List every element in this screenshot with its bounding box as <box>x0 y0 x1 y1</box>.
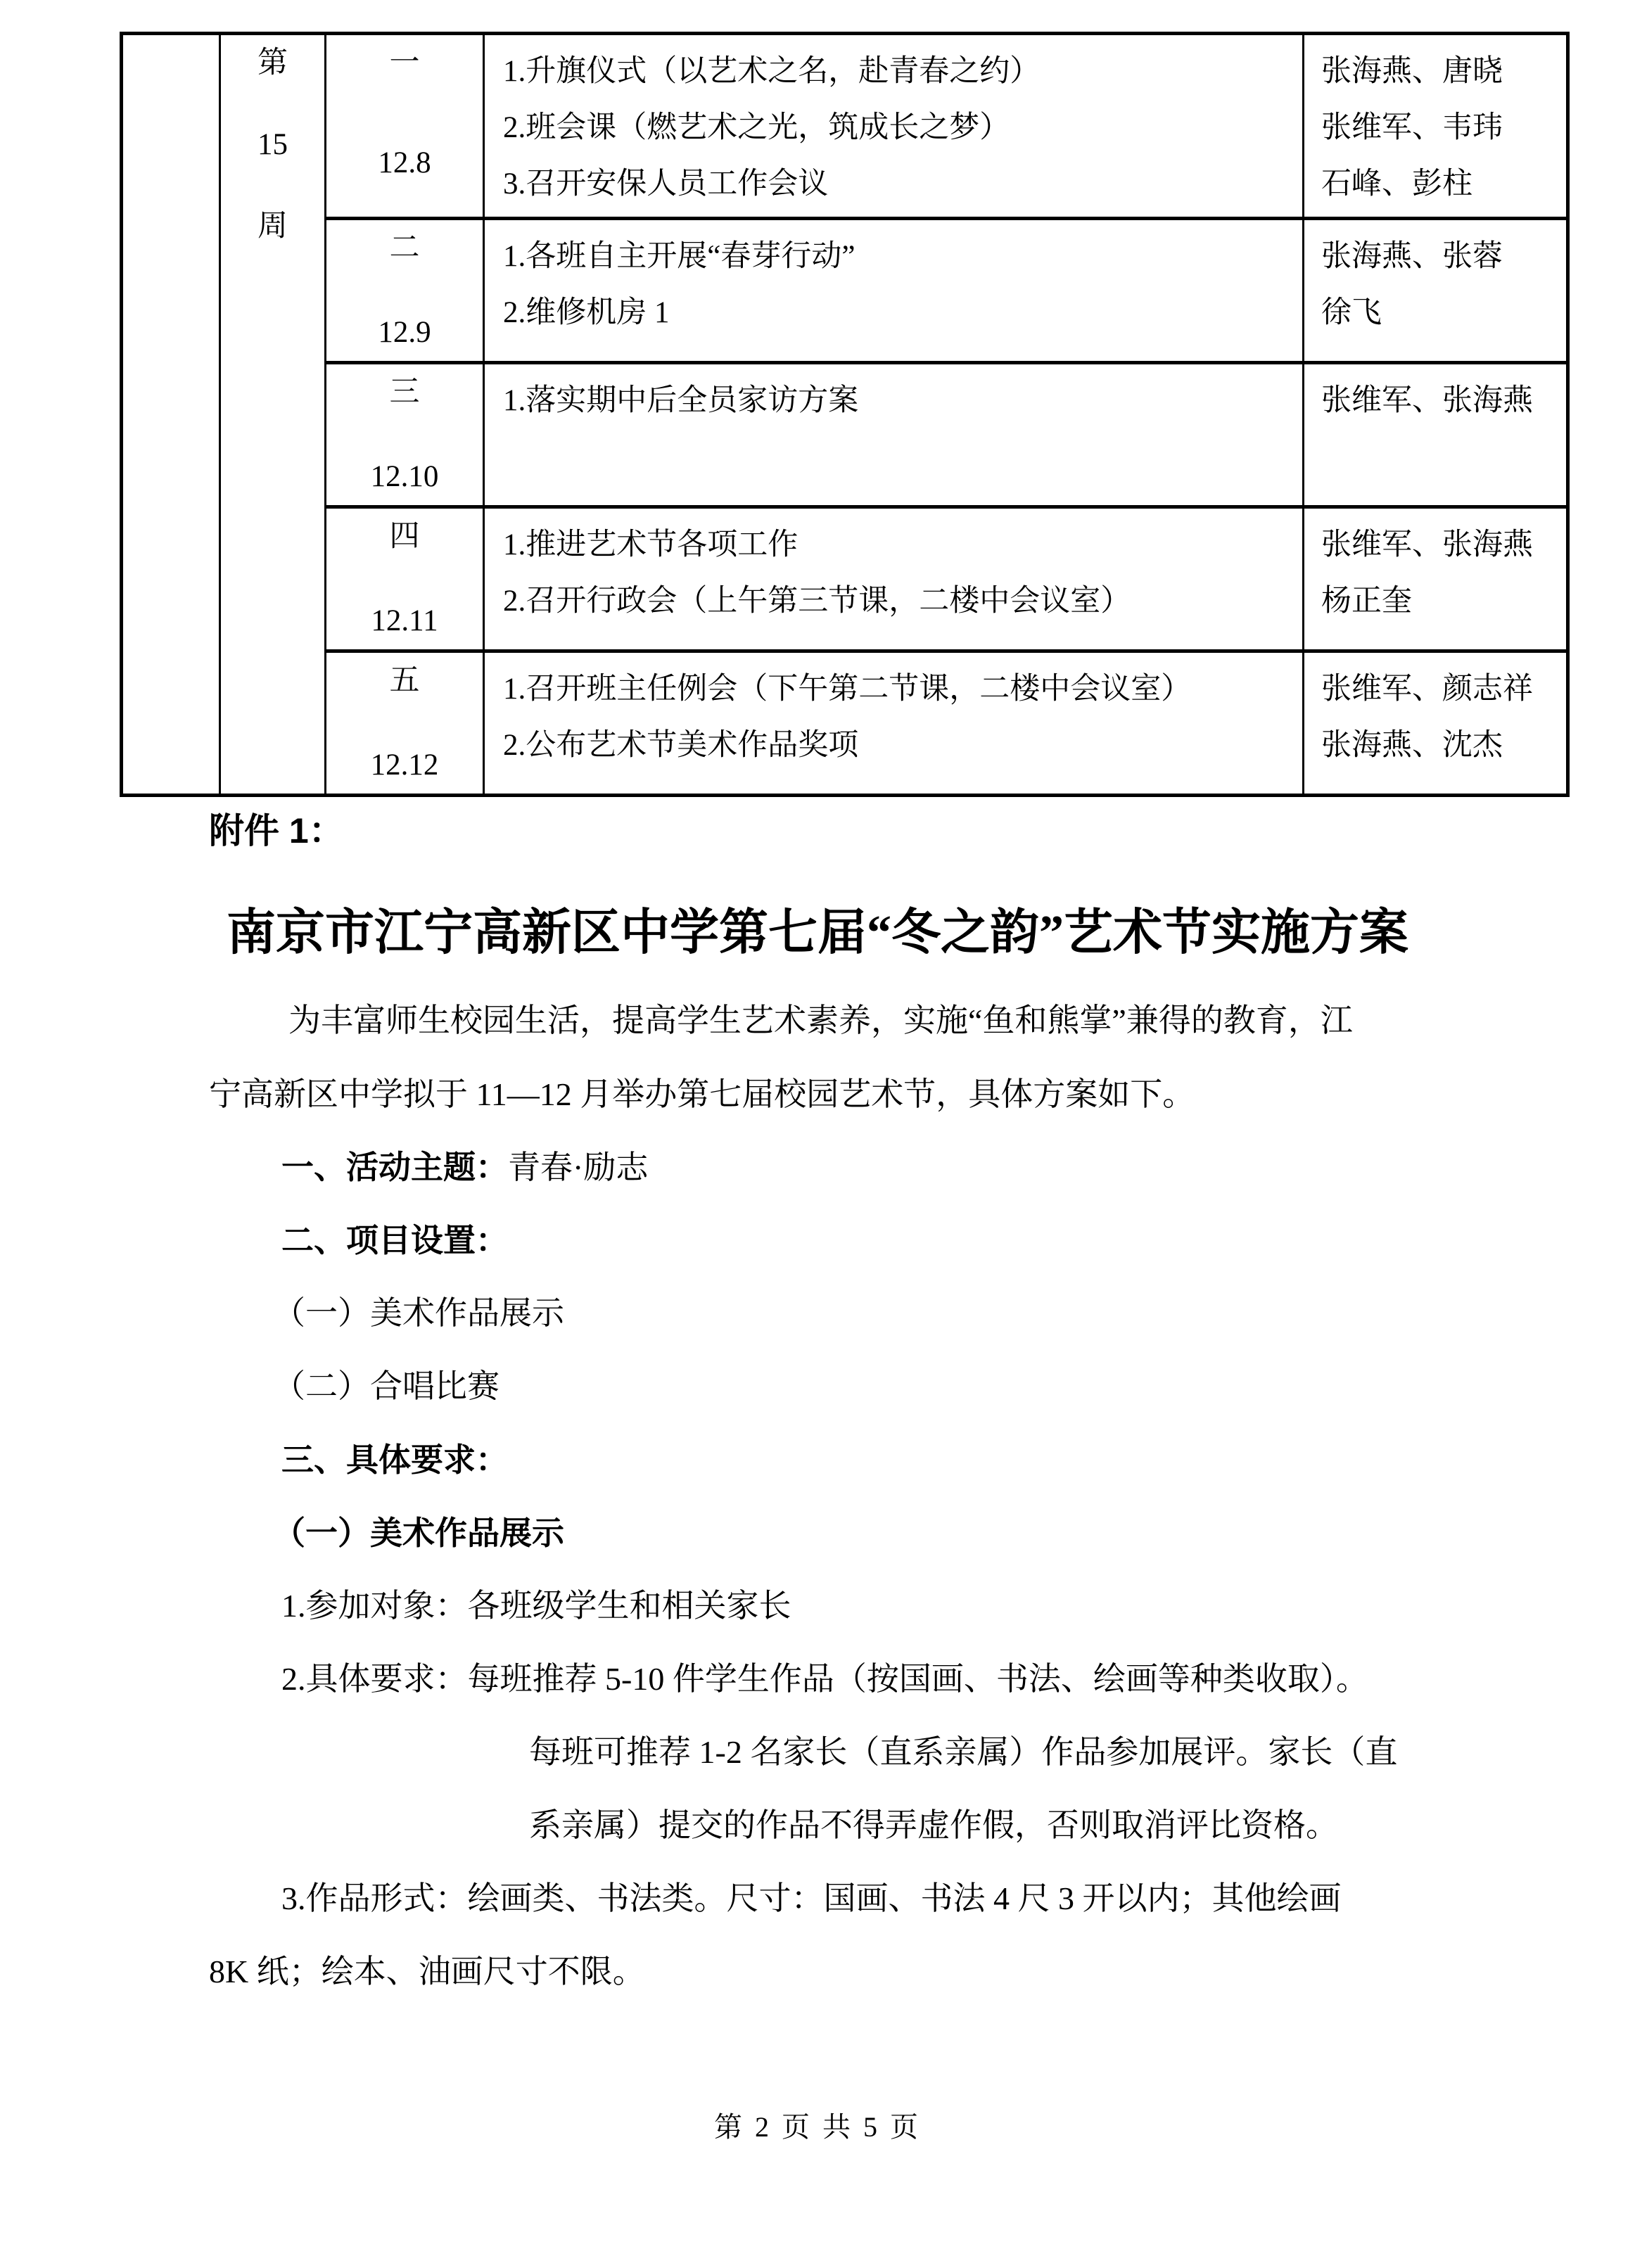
person-names: 张维军、张海燕 <box>1321 373 1560 429</box>
person-names: 张维军、韦玮 <box>1321 100 1560 156</box>
names-cell: 张海燕、唐晓 张维军、韦玮 石峰、彭柱 <box>1304 34 1568 219</box>
empty-left-cell <box>122 34 220 796</box>
table-row: 第 15 周 一 12.8 1.升旗仪式（以艺术之名，赴青春之约） 2.班会课（… <box>122 34 1568 219</box>
tasks-cell: 1.推进艺术节各项工作 2.召开行政会（上午第三节课，二楼中会议室） <box>484 507 1304 651</box>
names-cell: 张维军、张海燕 杨正奎 <box>1304 507 1568 651</box>
names-cell: 张海燕、张蓉 徐飞 <box>1304 219 1568 363</box>
person-names: 杨正奎 <box>1321 573 1560 630</box>
date: 12.8 <box>378 135 431 191</box>
requirement-details-line: 系亲属）提交的作品不得弄虚作假，否则取消评比资格。 <box>529 1805 1338 1846</box>
day-cell: 四 12.11 <box>326 507 484 651</box>
person-names: 张海燕、唐晓 <box>1321 44 1560 100</box>
weekday: 三 <box>390 364 420 421</box>
tasks-cell: 1.召开班主任例会（下午第二节课，二楼中会议室） 2.公布艺术节美术作品奖项 <box>484 651 1304 796</box>
task-item: 1.落实期中后全员家访方案 <box>503 373 1292 429</box>
requirement-format-line: 8K 纸；绘本、油画尺寸不限。 <box>209 1951 645 1992</box>
table-row: 五 12.12 1.召开班主任例会（下午第二节课，二楼中会议室） 2.公布艺术节… <box>122 651 1568 796</box>
day-cell: 一 12.8 <box>326 34 484 219</box>
table-row: 四 12.11 1.推进艺术节各项工作 2.召开行政会（上午第三节课，二楼中会议… <box>122 507 1568 651</box>
weekday: 五 <box>390 653 420 709</box>
names-cell: 张维军、颜志祥 张海燕、沈杰 <box>1304 651 1568 796</box>
person-names: 张海燕、张蓉 <box>1321 229 1560 285</box>
weekday: 一 <box>390 35 420 91</box>
date: 12.9 <box>378 305 431 361</box>
week-label-char: 周 <box>257 198 288 255</box>
week-number: 15 <box>257 117 288 173</box>
person-names: 石峰、彭柱 <box>1321 156 1560 212</box>
requirement-details-line: 2.具体要求：每班推荐 5-10 件学生作品（按国画、书法、绘画等种类收取）。 <box>281 1659 1368 1700</box>
day-cell: 五 12.12 <box>326 651 484 796</box>
task-item: 1.召开班主任例会（下午第二节课，二楼中会议室） <box>503 661 1292 718</box>
document-title: 南京市江宁高新区中学第七届“冬之韵”艺术节实施方案 <box>0 904 1635 963</box>
project-item-art-show: （一）美术作品展示 <box>273 1293 564 1334</box>
section-project-setup: 二、项目设置： <box>281 1220 508 1261</box>
weekly-schedule-table: 第 15 周 一 12.8 1.升旗仪式（以艺术之名，赴青春之约） 2.班会课（… <box>120 32 1570 797</box>
weekday: 二 <box>390 220 420 276</box>
names-cell: 张维军、张海燕 <box>1304 363 1568 507</box>
section-activity-theme: 一、活动主题：青春·励志 <box>281 1147 648 1188</box>
document-page: 第 15 周 一 12.8 1.升旗仪式（以艺术之名，赴青春之约） 2.班会课（… <box>0 0 1635 2268</box>
person-names: 张维军、颜志祥 <box>1321 661 1560 718</box>
task-item: 2.维修机房 1 <box>503 285 1292 341</box>
task-item: 2.公布艺术节美术作品奖项 <box>503 718 1292 774</box>
person-names: 张海燕、沈杰 <box>1321 718 1560 774</box>
date: 12.12 <box>371 737 439 794</box>
attachment-label: 附件 1： <box>209 809 344 853</box>
tasks-cell: 1.升旗仪式（以艺术之名，赴青春之约） 2.班会课（燃艺术之光，筑成长之梦） 3… <box>484 34 1304 219</box>
intro-paragraph-line: 宁高新区中学拟于 11—12 月举办第七届校园艺术节，具体方案如下。 <box>209 1074 1195 1115</box>
requirement-participants: 1.参加对象：各班级学生和相关家长 <box>281 1586 791 1626</box>
task-item: 3.召开安保人员工作会议 <box>503 156 1292 212</box>
section-value: 青春·励志 <box>508 1149 648 1185</box>
section-label: 一、活动主题： <box>281 1149 508 1185</box>
page-number-footer: 第 2 页 共 5 页 <box>0 2105 1635 2145</box>
day-cell: 二 12.9 <box>326 219 484 363</box>
person-names: 张维军、张海燕 <box>1321 517 1560 573</box>
week-cell: 第 15 周 <box>220 34 326 796</box>
requirements-art-show-heading: （一）美术作品展示 <box>273 1512 564 1553</box>
person-names: 徐飞 <box>1321 285 1560 341</box>
table-row: 三 12.10 1.落实期中后全员家访方案 张维军、张海燕 <box>122 363 1568 507</box>
intro-paragraph-line: 为丰富师生校园生活，提高学生艺术素养，实施“鱼和熊掌”兼得的教育，江 <box>288 1000 1353 1041</box>
tasks-cell: 1.各班自主开展“春芽行动” 2.维修机房 1 <box>484 219 1304 363</box>
project-item-chorus: （二）合唱比赛 <box>273 1366 500 1407</box>
date: 12.11 <box>371 593 438 649</box>
tasks-cell: 1.落实期中后全员家访方案 <box>484 363 1304 507</box>
task-item: 2.召开行政会（上午第三节课，二楼中会议室） <box>503 573 1292 630</box>
task-item: 1.各班自主开展“春芽行动” <box>503 229 1292 285</box>
task-item: 1.推进艺术节各项工作 <box>503 517 1292 573</box>
task-item: 2.班会课（燃艺术之光，筑成长之梦） <box>503 100 1292 156</box>
requirement-format-line: 3.作品形式：绘画类、书法类。尺寸：国画、书法 4 尺 3 开以内；其他绘画 <box>281 1878 1342 1919</box>
day-cell: 三 12.10 <box>326 363 484 507</box>
date: 12.10 <box>371 449 439 505</box>
task-item: 1.升旗仪式（以艺术之名，赴青春之约） <box>503 44 1292 100</box>
requirement-details-line: 每班可推荐 1-2 名家长（直系亲属）作品参加展评。家长（直 <box>529 1732 1397 1773</box>
table-row: 二 12.9 1.各班自主开展“春芽行动” 2.维修机房 1 张海燕、张蓉 徐飞 <box>122 219 1568 363</box>
weekday: 四 <box>390 509 420 565</box>
week-label-char: 第 <box>257 35 288 91</box>
section-requirements: 三、具体要求： <box>281 1439 508 1480</box>
